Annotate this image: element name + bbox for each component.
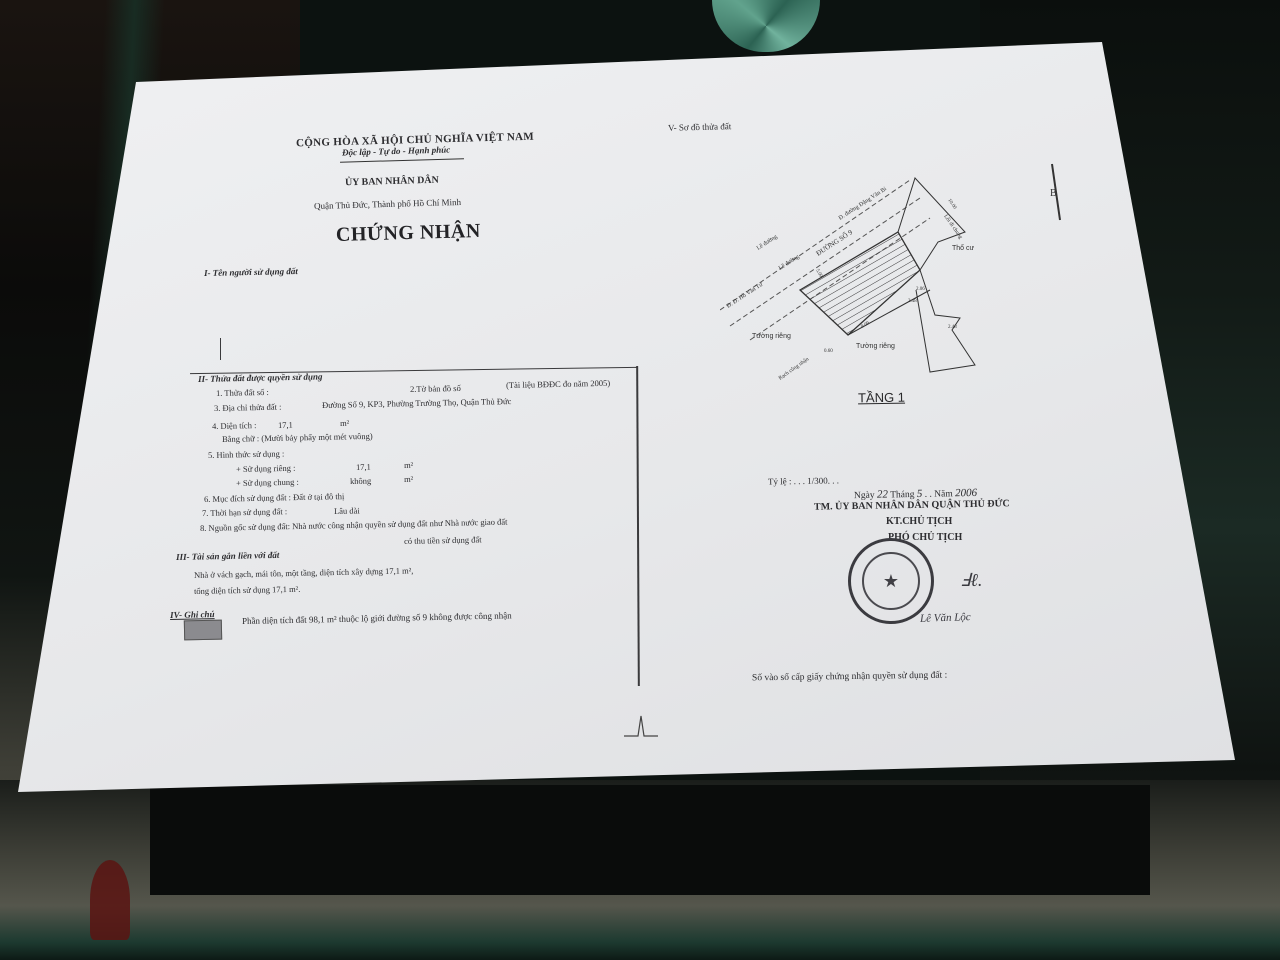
origin-line-2: có thu tiền sử dụng đất [404, 534, 482, 546]
map-sheet: 2.Tờ bản đồ số [410, 383, 461, 394]
signatory-role-1: KT.CHỦ TỊCH [886, 516, 952, 527]
day-value: 22 [877, 488, 888, 500]
signatory-name: Lê Văn Lộc [920, 611, 971, 625]
fold-mark-icon [622, 712, 662, 742]
svg-text:Thổ cư: Thổ cư [952, 244, 975, 252]
lamp-reflection [712, 0, 820, 52]
svg-text:Tường riêng: Tường riêng [752, 333, 791, 340]
land-plot-diagram: Lề đường ĐƯỜNG SỐ 9 Đ. đường Đặng Văn Bi… [720, 150, 1020, 410]
section-1-heading: I- Tên người sử dụng đất [204, 266, 298, 278]
day-label: Ngày [854, 491, 875, 501]
north-arrow-icon: B [1046, 162, 1066, 222]
plot-number: 1. Thửa đất số : [216, 387, 269, 398]
section-5-heading: V- Sơ đồ thửa đất [668, 121, 732, 133]
svg-text:Đ. Đ. Hồ Văn Tư: Đ. Đ. Hồ Văn Tư [725, 281, 764, 310]
svg-text:Tường riêng: Tường riêng [856, 343, 895, 350]
star-emblem-icon: ★ [862, 552, 920, 610]
legend-swatch [184, 620, 222, 641]
term-value: Lâu dài [334, 505, 360, 516]
month-label: Tháng [890, 490, 914, 500]
svg-text:Rạch công nhận: Rạch công nhận [778, 356, 811, 381]
red-object [90, 860, 130, 940]
svg-text:0.60: 0.60 [824, 349, 833, 354]
area-label: 4. Diện tích : [212, 420, 257, 431]
section-4-heading: IV- Ghi chú [170, 609, 215, 620]
shared-use-unit: m² [404, 474, 413, 484]
year-label: Năm [934, 489, 953, 499]
svg-text:10.00: 10.00 [946, 198, 957, 210]
table-shadow [150, 785, 1150, 895]
signature-scrawl: Ⅎℓ. [960, 570, 982, 591]
year-value: 2006 [955, 487, 977, 499]
scale: Tỷ lệ : . . . 1/300. . . [768, 475, 839, 486]
svg-text:Lề đường: Lề đường [755, 233, 778, 252]
mark [220, 338, 221, 360]
svg-text:2.48: 2.48 [948, 325, 957, 330]
svg-text:ĐƯỜNG SỐ 9: ĐƯỜNG SỐ 9 [815, 228, 855, 258]
address-label: 3. Địa chỉ thửa đất : [214, 402, 282, 413]
svg-text:2.06: 2.06 [916, 287, 925, 292]
month-value: 5 [917, 488, 923, 500]
shared-use-value: không [350, 476, 371, 486]
area-unit: m² [340, 418, 349, 428]
svg-text:B: B [1050, 188, 1057, 199]
term-label: 7. Thời hạn sử dụng đất : [202, 506, 287, 518]
usage-form-label: 5. Hình thức sử dụng : [208, 448, 284, 460]
page-title: CHỨNG NHẬN [336, 220, 481, 247]
area-value: 17,1 [278, 420, 293, 430]
floor-label: TẦNG 1 [858, 390, 905, 406]
private-use-unit: m² [404, 460, 413, 470]
svg-text:Đ. đường Đặng Văn Bi: Đ. đường Đặng Văn Bi [838, 186, 888, 222]
svg-text:Lề đường: Lề đường [777, 253, 800, 272]
private-use-label: + Sử dụng riêng : [236, 463, 296, 474]
svg-text:2.48: 2.48 [908, 299, 917, 304]
private-use-value: 17,1 [356, 462, 371, 472]
official-seal: ★ [848, 538, 934, 624]
shared-use-label: + Sử dụng chung : [236, 477, 299, 488]
